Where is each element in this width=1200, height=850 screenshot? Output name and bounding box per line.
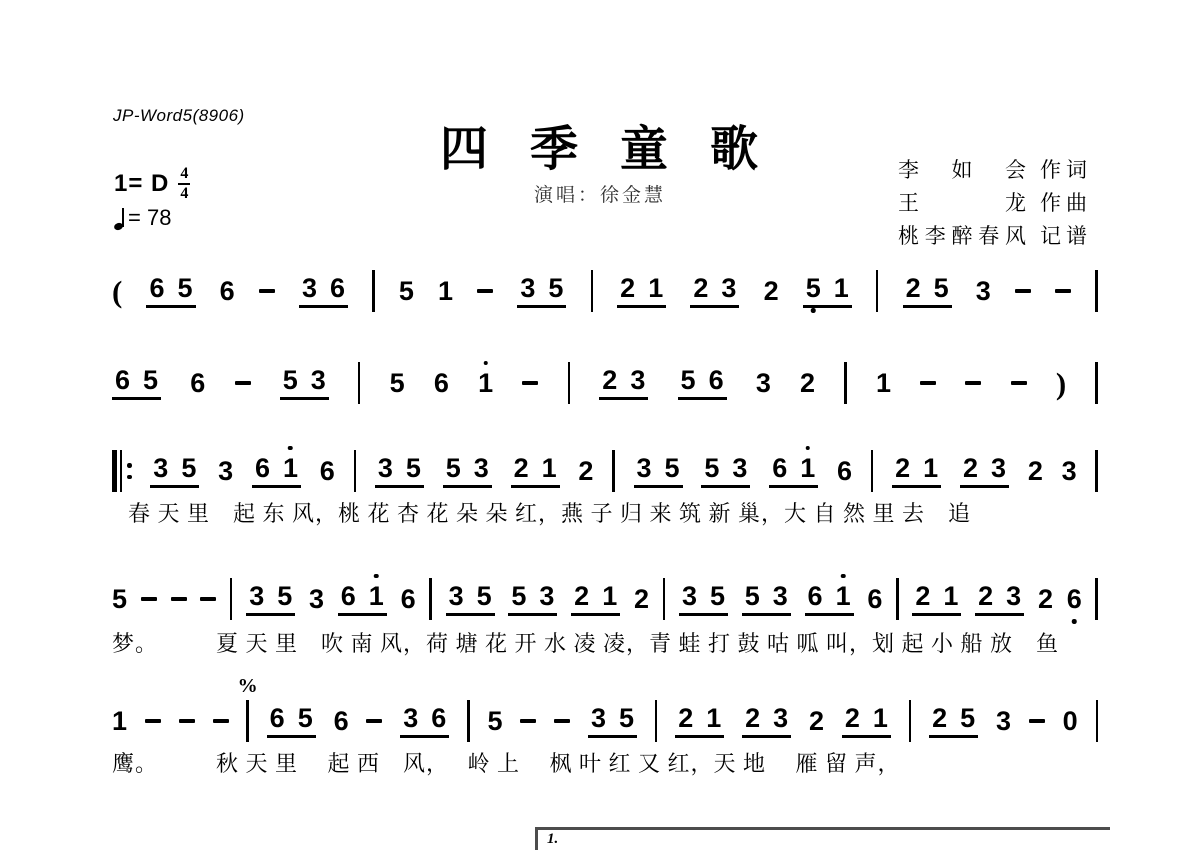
barline bbox=[1095, 578, 1098, 620]
music-line-3: 35361635532123553616212323 bbox=[112, 448, 1098, 494]
note: 3 bbox=[520, 275, 535, 302]
dash-line bbox=[1011, 381, 1027, 385]
key-label: 1= D bbox=[114, 170, 169, 198]
note: 6 bbox=[772, 455, 787, 482]
open-paren: ( bbox=[112, 276, 122, 307]
barline: % bbox=[246, 700, 249, 742]
music-line-5: 1%6563653521232212530 bbox=[112, 698, 1098, 744]
repeat-dots bbox=[127, 463, 132, 479]
note: 2 bbox=[693, 275, 708, 302]
note: 1 bbox=[876, 370, 891, 397]
beamed-group: 23 bbox=[690, 275, 739, 308]
beamed-group: 35 bbox=[634, 455, 683, 488]
beamed-group: 21 bbox=[892, 455, 941, 488]
note: 1 bbox=[542, 455, 557, 482]
note: 5 bbox=[406, 455, 421, 482]
note: 2 bbox=[932, 705, 947, 732]
note: 3 bbox=[976, 278, 991, 305]
dash-line bbox=[213, 719, 229, 723]
beamed-group: 36 bbox=[400, 705, 449, 738]
note: 2 bbox=[845, 705, 860, 732]
note: 3 bbox=[539, 583, 554, 610]
dash-line bbox=[171, 597, 187, 601]
beamed-group: 35 bbox=[588, 705, 637, 738]
dash-line bbox=[1055, 289, 1071, 293]
note: 2 bbox=[895, 455, 910, 482]
octave-dot-above bbox=[841, 574, 846, 579]
beamed-group: 51 bbox=[803, 275, 852, 308]
note: 5 bbox=[277, 583, 292, 610]
note: 6 bbox=[867, 586, 882, 613]
note: 2 bbox=[764, 278, 779, 305]
note: 5 bbox=[487, 708, 502, 735]
note: 5 bbox=[390, 370, 405, 397]
note: 6 bbox=[190, 370, 205, 397]
note: 1 bbox=[648, 275, 663, 302]
beamed-group: 21 bbox=[617, 275, 666, 308]
beamed-group: 61 bbox=[252, 455, 301, 488]
note: 1 bbox=[602, 583, 617, 610]
beamed-group: 65 bbox=[267, 705, 316, 738]
note: 5 bbox=[178, 275, 193, 302]
quarter-note-icon bbox=[114, 207, 125, 230]
octave-dot-above bbox=[288, 446, 293, 451]
barline bbox=[663, 578, 666, 620]
dash-line bbox=[1015, 289, 1031, 293]
dash-line bbox=[554, 719, 570, 723]
credit-role: 作词 bbox=[1040, 154, 1092, 187]
time-signature-bottom: 4 bbox=[178, 183, 190, 203]
repeat-thin-bar bbox=[120, 450, 122, 492]
note: 3 bbox=[1062, 458, 1077, 485]
beamed-group: 21 bbox=[571, 583, 620, 616]
credit-name: 王 龙 bbox=[898, 187, 1026, 220]
tempo-marking: = 78 bbox=[114, 205, 171, 231]
barline bbox=[429, 578, 432, 620]
note: 3 bbox=[403, 705, 418, 732]
beamed-group: 53 bbox=[443, 455, 492, 488]
beamed-group: 53 bbox=[701, 455, 750, 488]
close-paren: ) bbox=[1056, 368, 1066, 399]
barline bbox=[1095, 362, 1098, 404]
beamed-group: 35 bbox=[375, 455, 424, 488]
octave-dot-below bbox=[1072, 619, 1077, 624]
note: 3 bbox=[773, 705, 788, 732]
beamed-group: 21 bbox=[511, 455, 560, 488]
dash-line bbox=[200, 597, 216, 601]
beamed-group: 65 bbox=[146, 275, 195, 308]
note: 2 bbox=[1028, 458, 1043, 485]
note: 6 bbox=[709, 367, 724, 394]
beamed-group: 53 bbox=[280, 367, 329, 400]
note: 5 bbox=[710, 583, 725, 610]
note: 6 bbox=[330, 275, 345, 302]
music-line-4: 535361635532123553616212326 bbox=[112, 576, 1098, 622]
note: 2 bbox=[745, 705, 760, 732]
note: 3 bbox=[153, 455, 168, 482]
beamed-group: 21 bbox=[675, 705, 724, 738]
note: 0 bbox=[1063, 708, 1078, 735]
note: 5 bbox=[960, 705, 975, 732]
dash-line bbox=[235, 381, 251, 385]
beamed-group: 36 bbox=[299, 275, 348, 308]
note: 5 bbox=[934, 275, 949, 302]
note: 2 bbox=[620, 275, 635, 302]
note: 2 bbox=[800, 370, 815, 397]
note: 2 bbox=[1038, 586, 1053, 613]
barline bbox=[230, 578, 233, 620]
note: 3 bbox=[1006, 583, 1021, 610]
barline bbox=[568, 362, 571, 404]
barline bbox=[871, 450, 874, 492]
note: 6 bbox=[149, 275, 164, 302]
octave-dot-above bbox=[374, 574, 379, 579]
beamed-group: 35 bbox=[246, 583, 295, 616]
barline bbox=[1095, 450, 1098, 492]
note: 3 bbox=[991, 455, 1006, 482]
note: 5 bbox=[181, 455, 196, 482]
dash-line bbox=[141, 597, 157, 601]
note: 1 bbox=[283, 455, 298, 482]
note: 3 bbox=[682, 583, 697, 610]
note: 3 bbox=[773, 583, 788, 610]
dash-line bbox=[366, 719, 382, 723]
note: 3 bbox=[218, 458, 233, 485]
note: 5 bbox=[511, 583, 526, 610]
barline bbox=[1096, 700, 1099, 742]
note: 3 bbox=[311, 367, 326, 394]
barline bbox=[372, 270, 375, 312]
note: 2 bbox=[915, 583, 930, 610]
credit-row-3: 桃李醉春风记谱 bbox=[898, 220, 1092, 253]
note: 2 bbox=[514, 455, 529, 482]
music-line-2: 656535612356321) bbox=[112, 360, 1098, 406]
beamed-group: 56 bbox=[678, 367, 727, 400]
note: 6 bbox=[1067, 586, 1082, 613]
note: 3 bbox=[996, 708, 1011, 735]
barline bbox=[655, 700, 658, 742]
note: 1 bbox=[438, 278, 453, 305]
dash-line bbox=[920, 381, 936, 385]
octave-dot-above bbox=[805, 446, 810, 451]
note: 1 bbox=[369, 583, 384, 610]
key-signature: 1= D 4 4 bbox=[114, 166, 190, 203]
time-signature-top: 4 bbox=[178, 166, 190, 183]
sheet-music-page: JP-Word5(8906) 四 季 童 歌 演唱：徐金慧 李 如 会作词王 龙… bbox=[0, 0, 1200, 850]
note: 3 bbox=[449, 583, 464, 610]
beamed-group: 61 bbox=[769, 455, 818, 488]
note: 3 bbox=[302, 275, 317, 302]
note: 3 bbox=[721, 275, 736, 302]
lyrics-line-2: 梦。 夏 天 里 吹 南 风，荷 塘 花 开 水 凌 凌，青 蛙 打 鼓 咕 呱… bbox=[112, 627, 1096, 658]
note: 5 bbox=[298, 705, 313, 732]
note: 3 bbox=[591, 705, 606, 732]
note: 2 bbox=[578, 458, 593, 485]
note: 2 bbox=[978, 583, 993, 610]
note: 5 bbox=[619, 705, 634, 732]
beamed-group: 35 bbox=[517, 275, 566, 308]
note: 5 bbox=[681, 367, 696, 394]
beamed-group: 65 bbox=[112, 367, 161, 400]
note: 6 bbox=[837, 458, 852, 485]
note: 5 bbox=[704, 455, 719, 482]
beamed-group: 23 bbox=[960, 455, 1009, 488]
volta-bracket: 1. bbox=[535, 827, 1110, 850]
note: 2 bbox=[678, 705, 693, 732]
barline bbox=[896, 578, 899, 620]
note: 3 bbox=[309, 586, 324, 613]
dash-line bbox=[522, 381, 538, 385]
lyrics-line-1: 春 天 里 起 东 风，桃 花 杏 花 朵 朵 红，燕 子 归 来 筑 新 巢，… bbox=[112, 497, 1112, 528]
dash-line bbox=[520, 719, 536, 723]
note: 2 bbox=[574, 583, 589, 610]
note: 5 bbox=[446, 455, 461, 482]
barline bbox=[612, 450, 615, 492]
barline bbox=[876, 270, 879, 312]
note: 5 bbox=[283, 367, 298, 394]
note: 1 bbox=[943, 583, 958, 610]
dash-line bbox=[1029, 719, 1045, 723]
note: 5 bbox=[112, 586, 127, 613]
beamed-group: 21 bbox=[842, 705, 891, 738]
lyrics-line-3: 鹰。 秋 天 里 起 西 风， 岭 上 枫 叶 红 又 红，天 地 雁 留 声， bbox=[112, 747, 1096, 778]
note: 2 bbox=[809, 708, 824, 735]
note: 3 bbox=[474, 455, 489, 482]
note: 5 bbox=[665, 455, 680, 482]
dash-line bbox=[259, 289, 275, 293]
credit-name: 桃李醉春风 bbox=[898, 220, 1026, 253]
time-signature: 4 4 bbox=[178, 166, 190, 203]
note: 1 bbox=[478, 370, 493, 397]
barline bbox=[467, 700, 470, 742]
note: 5 bbox=[477, 583, 492, 610]
credit-role: 记谱 bbox=[1040, 220, 1092, 253]
note: 5 bbox=[548, 275, 563, 302]
note: 3 bbox=[732, 455, 747, 482]
octave-dot-below bbox=[811, 308, 816, 313]
note: 1 bbox=[836, 583, 851, 610]
dash-line bbox=[477, 289, 493, 293]
note: 3 bbox=[249, 583, 264, 610]
beamed-group: 25 bbox=[903, 275, 952, 308]
credit-row-1: 李 如 会作词 bbox=[898, 154, 1092, 187]
note: 1 bbox=[800, 455, 815, 482]
beamed-group: 23 bbox=[742, 705, 791, 738]
beamed-group: 61 bbox=[805, 583, 854, 616]
beamed-group: 53 bbox=[742, 583, 791, 616]
note: 3 bbox=[378, 455, 393, 482]
credit-role: 作曲 bbox=[1040, 187, 1092, 220]
tempo-value: = 78 bbox=[128, 205, 171, 231]
repeat-thick-bar bbox=[112, 450, 117, 492]
barline bbox=[358, 362, 361, 404]
beamed-group: 25 bbox=[929, 705, 978, 738]
music-line-1: (6563651352123251253 bbox=[112, 268, 1098, 314]
repeat-begin-sign bbox=[112, 450, 132, 492]
note: 1 bbox=[873, 705, 888, 732]
beamed-group: 23 bbox=[599, 367, 648, 400]
note: 1 bbox=[923, 455, 938, 482]
note: 1 bbox=[706, 705, 721, 732]
beamed-group: 35 bbox=[446, 583, 495, 616]
note: 6 bbox=[115, 367, 130, 394]
beamed-group: 61 bbox=[338, 583, 387, 616]
note: 2 bbox=[906, 275, 921, 302]
note: 6 bbox=[320, 458, 335, 485]
note: 6 bbox=[334, 708, 349, 735]
credits: 李 如 会作词王 龙作曲桃李醉春风记谱 bbox=[898, 154, 1092, 253]
beamed-group: 53 bbox=[508, 583, 557, 616]
note: 6 bbox=[808, 583, 823, 610]
note: 6 bbox=[270, 705, 285, 732]
note: 6 bbox=[434, 370, 449, 397]
note: 6 bbox=[401, 586, 416, 613]
barline bbox=[1095, 270, 1098, 312]
note: 3 bbox=[630, 367, 645, 394]
octave-dot-above bbox=[483, 361, 488, 366]
note: 5 bbox=[399, 278, 414, 305]
barline bbox=[591, 270, 594, 312]
note: 1 bbox=[112, 708, 127, 735]
dash-line bbox=[965, 381, 981, 385]
note: 1 bbox=[834, 275, 849, 302]
note: 5 bbox=[143, 367, 158, 394]
note: 6 bbox=[255, 455, 270, 482]
note: 6 bbox=[220, 278, 235, 305]
note: 2 bbox=[634, 586, 649, 613]
beamed-group: 23 bbox=[975, 583, 1024, 616]
beamed-group: 35 bbox=[679, 583, 728, 616]
barline bbox=[354, 450, 357, 492]
credit-row-2: 王 龙作曲 bbox=[898, 187, 1092, 220]
segno-icon: % bbox=[238, 675, 258, 698]
dash-line bbox=[179, 719, 195, 723]
note: 5 bbox=[806, 275, 821, 302]
barline bbox=[844, 362, 847, 404]
note: 3 bbox=[756, 370, 771, 397]
dash-line bbox=[145, 719, 161, 723]
note: 5 bbox=[745, 583, 760, 610]
note: 6 bbox=[431, 705, 446, 732]
note: 2 bbox=[602, 367, 617, 394]
note: 3 bbox=[637, 455, 652, 482]
note: 2 bbox=[963, 455, 978, 482]
note: 6 bbox=[341, 583, 356, 610]
beamed-group: 21 bbox=[912, 583, 961, 616]
barline bbox=[909, 700, 912, 742]
credit-name: 李 如 会 bbox=[898, 154, 1026, 187]
beamed-group: 35 bbox=[150, 455, 199, 488]
volta-label: 1. bbox=[538, 831, 558, 848]
